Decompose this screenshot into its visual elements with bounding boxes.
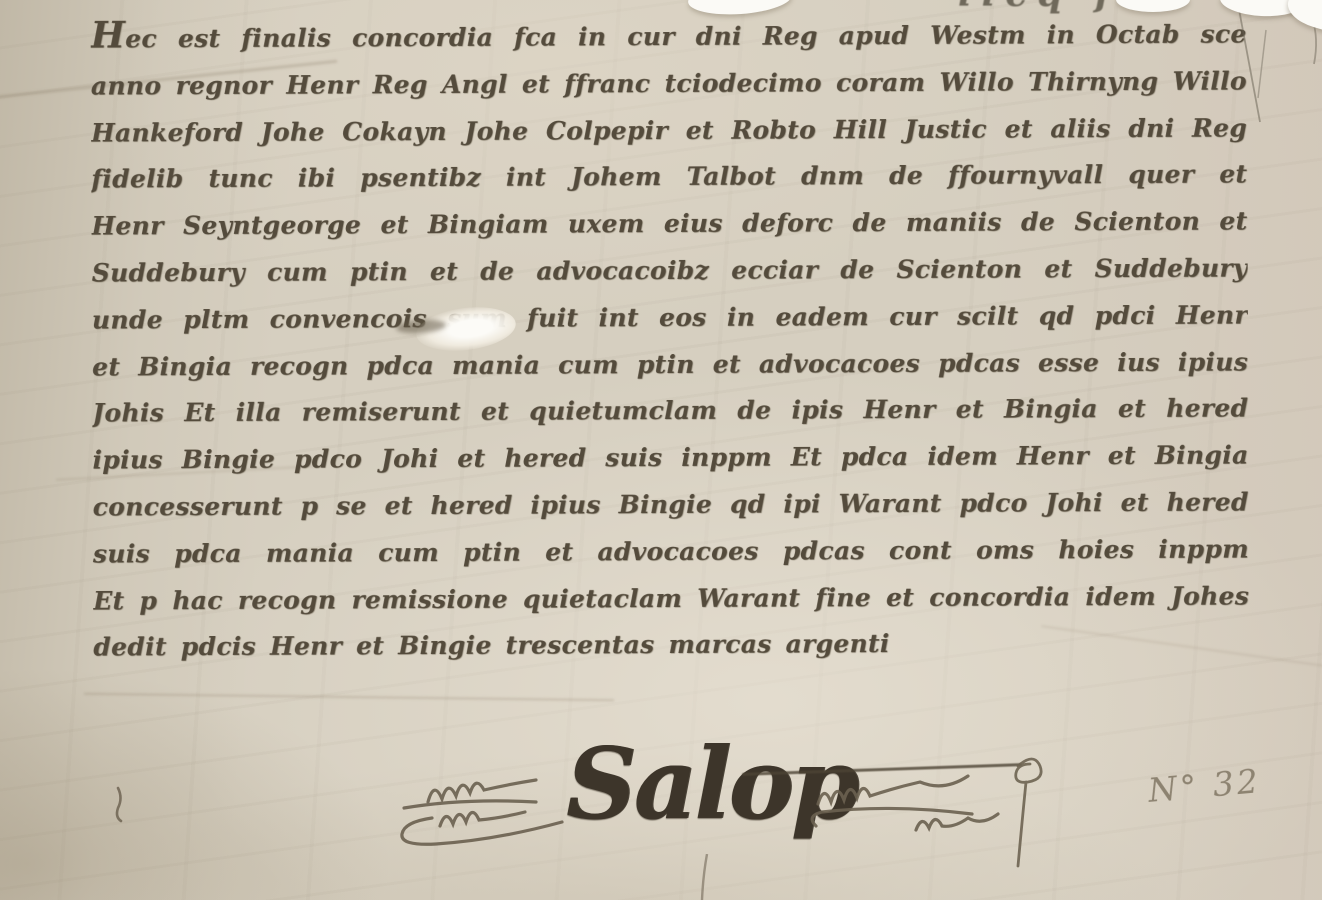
tally-marks-right-icon xyxy=(804,768,1024,848)
manuscript-line: Suddebury cum ptin et de advocacoibz ecc… xyxy=(92,245,1248,297)
tally-marks-left-icon xyxy=(398,760,583,850)
pen-flourish-icon xyxy=(1000,748,1060,868)
manuscript-line: Et p hac recogn remissione quietaclam Wa… xyxy=(93,573,1249,625)
manuscript-text-block: Hec est finalis concordia fca in cur dni… xyxy=(91,11,1250,671)
manuscript-line: unde pltm convencois sum fuit int eos in… xyxy=(92,292,1248,344)
manuscript-line: concesserunt p se et hered ipius Bingie … xyxy=(93,479,1249,531)
manuscript-line: dedit pdcis Henr et Bingie trescentas ma… xyxy=(93,620,1249,672)
manuscript-line: suis pdca mania cum ptin et advocacoes p… xyxy=(93,526,1249,578)
manuscript-line: Johis Et illa remiserunt et quietumclam … xyxy=(92,386,1248,438)
stray-pen-mark-icon xyxy=(112,784,126,826)
manuscript-line: Hankeford Johe Cokayn Johe Colpepir et R… xyxy=(91,105,1247,157)
manuscript-line: Henr Seyntgeorge et Bingiam uxem eius de… xyxy=(91,199,1247,251)
archival-number: N° 32 xyxy=(1147,761,1263,810)
descender-tail-icon xyxy=(700,854,710,900)
manuscript-line: fidelib tunc ibi psentibz int Johem Talb… xyxy=(91,152,1247,204)
manuscript-photo: llcq ſtll Hec est finalis concordia fca … xyxy=(0,0,1322,900)
manuscript-line: ipius Bingie pdco Johi et hered suis inp… xyxy=(92,433,1248,485)
manuscript-line: et Bingia recogn pdca mania cum ptin et … xyxy=(92,339,1248,391)
manuscript-line: Hec est finalis concordia fca in cur dni… xyxy=(91,11,1247,63)
manuscript-line: anno regnor Henr Reg Angl et ffranc tcio… xyxy=(91,58,1247,110)
parchment-crease xyxy=(84,693,614,701)
